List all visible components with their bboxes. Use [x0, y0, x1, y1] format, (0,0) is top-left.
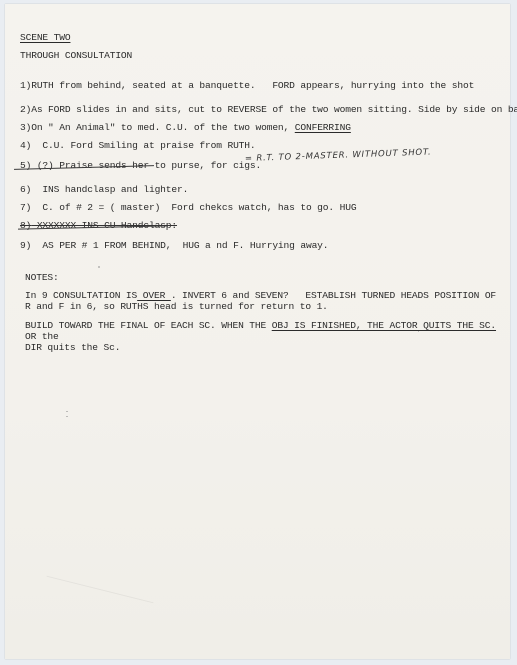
shot-number: 6)	[20, 184, 31, 195]
shot-item-4: 4) C.U. Ford Smiling at praise from RUTH…	[20, 140, 256, 151]
shot-text: As FORD slides in and sits, cut to REVER…	[31, 104, 517, 115]
notes-text-underlined: OVER	[137, 290, 171, 301]
shot-number: 9)	[20, 240, 31, 251]
shot-number: 4)	[20, 140, 31, 151]
scene-heading: SCENE TWO	[20, 32, 70, 43]
notes-text: . INVERT 6 and SEVEN? ESTABLISH TURNED H…	[171, 290, 496, 301]
document-page: SCENE TWO THROUGH CONSULTATION 1)RUTH fr…	[5, 4, 510, 659]
shot-text: C.U. Ford Smiling at praise from RUTH.	[31, 140, 255, 151]
shot-number: 2)	[20, 104, 31, 115]
notes-text: BUILD TOWARD THE FINAL OF EACH SC. WHEN …	[25, 320, 272, 331]
notes-text-underlined: OBJ IS FINISHED, THE ACTOR QUITS THE SC.	[272, 320, 496, 331]
ink-speck	[66, 416, 68, 417]
ink-speck	[66, 411, 68, 412]
shot-item-7: 7) C. of # 2 = ( master) Ford chekcs wat…	[20, 202, 356, 213]
shot-item-9: 9) AS PER # 1 FROM BEHIND, HUG a nd F. H…	[20, 240, 328, 251]
notes-paragraph-2-line-3: DIR quits the Sc.	[25, 342, 120, 353]
shot-text: INS handclasp and lighter.	[31, 184, 188, 195]
shot-text: On " An Animal" to med. C.U. of the two …	[31, 122, 295, 133]
handwritten-note: = R.T. TO 2-MASTER. WITHOUT SHOT.	[245, 147, 432, 165]
shot-item-2: 2)As FORD slides in and sits, cut to REV…	[20, 104, 517, 115]
notes-paragraph-1-line-1: In 9 CONSULTATION IS OVER . INVERT 6 and…	[25, 290, 496, 301]
shot-text: C. of # 2 = ( master) Ford chekcs watch,…	[31, 202, 356, 213]
shot-text: AS PER # 1 FROM BEHIND, HUG a nd F. Hurr…	[31, 240, 328, 251]
notes-paragraph-2-line-2: OR the	[25, 331, 59, 342]
shot-item-6: 6) INS handclasp and lighter.	[20, 184, 188, 195]
notes-label: NOTES:	[25, 272, 59, 283]
shot-number: 7)	[20, 202, 31, 213]
shot-number: 3)	[20, 122, 31, 133]
ink-speck	[418, 331, 419, 332]
shot-item-1: 1)RUTH from behind, seated at a banquett…	[20, 80, 474, 91]
shot-item-3: 3)On " An Animal" to med. C.U. of the tw…	[20, 122, 351, 133]
ink-speck	[98, 266, 100, 268]
shot-text-underlined: CONFERRING	[295, 122, 351, 133]
shot-number: 1)	[20, 80, 31, 91]
notes-paragraph-2-line-1: BUILD TOWARD THE FINAL OF EACH SC. WHEN …	[25, 320, 496, 331]
shot-text: RUTH from behind, seated at a banquette.…	[31, 80, 474, 91]
scene-subheading: THROUGH CONSULTATION	[20, 50, 132, 61]
paper-crease	[47, 576, 154, 604]
notes-text: In 9 CONSULTATION IS	[25, 290, 137, 301]
notes-paragraph-1-line-2: R and F in 6, so RUTHS head is turned fo…	[25, 301, 328, 312]
